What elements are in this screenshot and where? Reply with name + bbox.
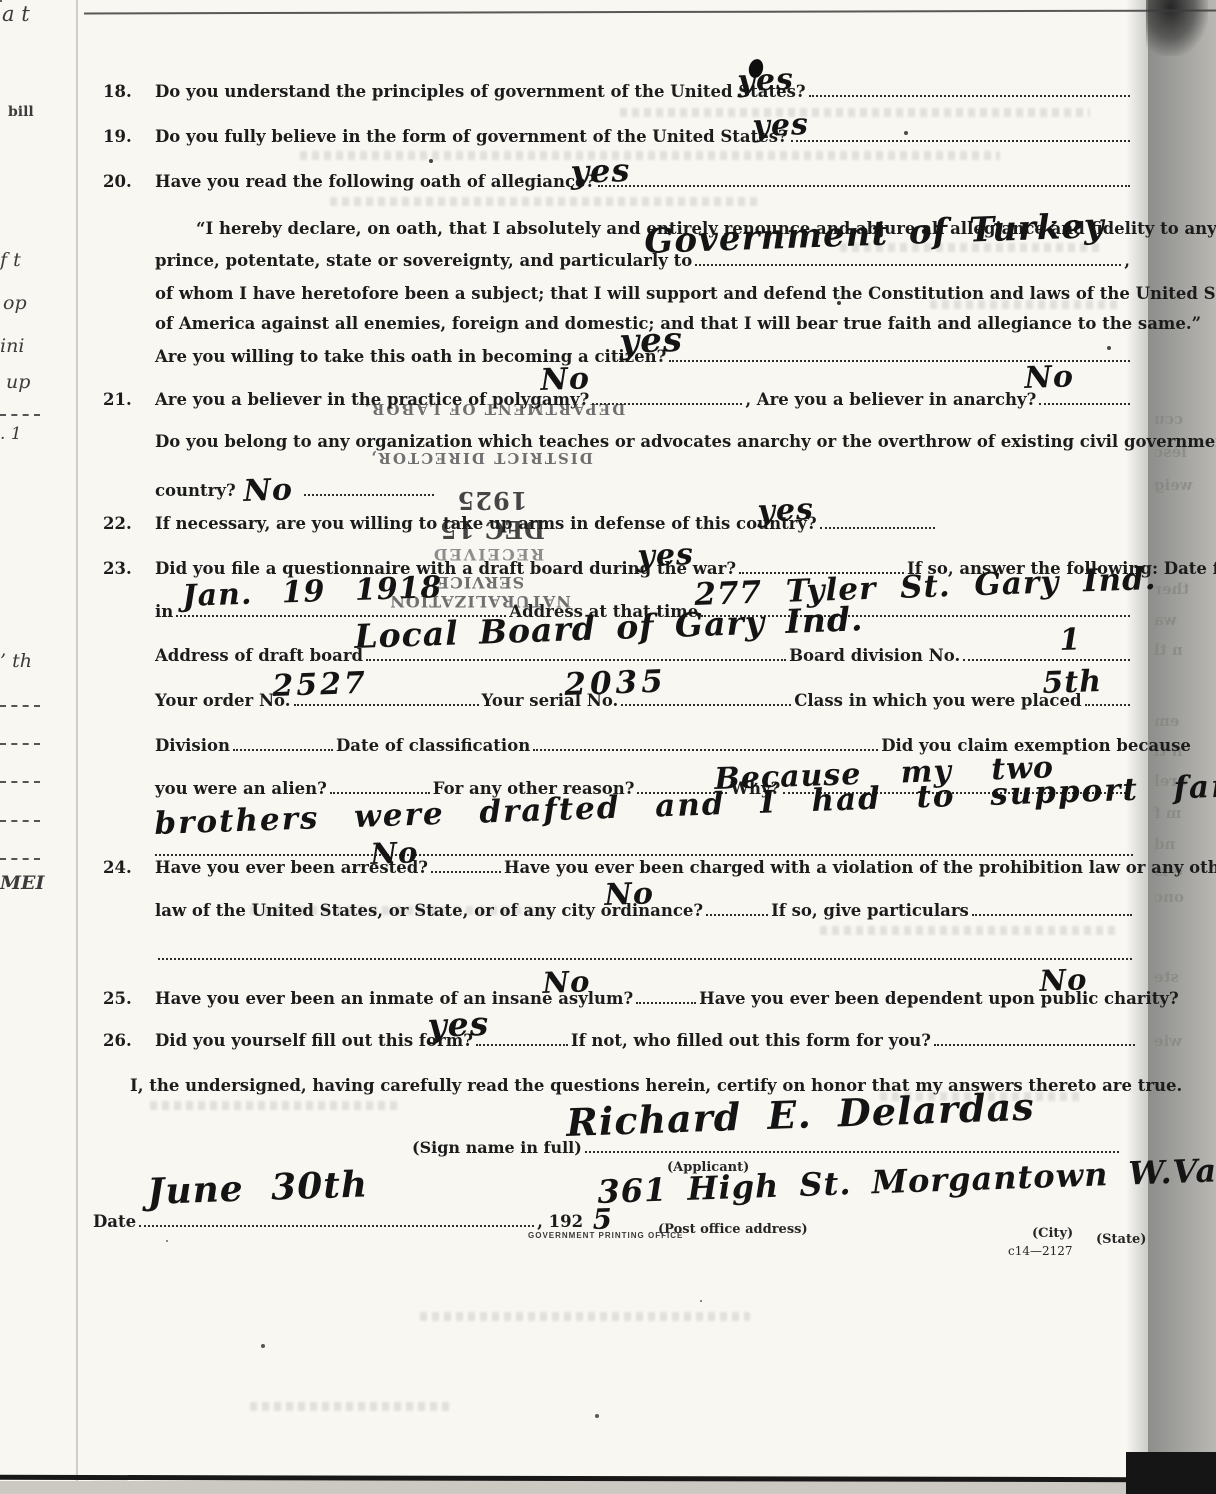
oath-question-row: Are you willing to take this oath in bec… (155, 347, 1133, 366)
dotted-line (598, 172, 1130, 187)
dotted-line (233, 736, 333, 751)
question-number: 25. (103, 989, 155, 1008)
left-margin-fragment: op (3, 292, 27, 314)
city-label: (City) (1032, 1226, 1073, 1241)
handwritten-answer: No (1024, 362, 1074, 394)
question-24-particulars-line (155, 945, 1135, 960)
left-margin-fragment: up (6, 371, 30, 393)
left-margin-dash (0, 820, 40, 822)
question-label: Do you fully believe in the form of gove… (155, 127, 788, 146)
right-margin-fragment: n tl (1154, 641, 1183, 659)
bleed-through-ghost (330, 197, 760, 206)
question-label: Have you ever been charged with a violat… (504, 858, 1216, 877)
question-number: 19. (103, 127, 155, 146)
question-label: Do you understand the principles of gove… (155, 82, 806, 101)
left-margin-fragment: a t (2, 2, 30, 26)
dotted-line (706, 901, 768, 916)
left-margin-dash (0, 705, 40, 707)
dotted-line (304, 481, 434, 496)
top-fold-line (84, 10, 1216, 15)
bottom-right-corner-shadow (1126, 1452, 1216, 1494)
dotted-line (972, 901, 1132, 916)
dotted-line (809, 82, 1130, 97)
question-number: 23. (103, 559, 155, 578)
question-21-country-row: country? No (155, 472, 437, 502)
handwritten-answer: No (540, 364, 590, 396)
handwritten-date-filled: Jan. 19 1918 (182, 573, 443, 612)
question-number: 18. (103, 82, 155, 101)
question-23-order-row: Your order No. Your serial No. Class in … (155, 691, 1133, 710)
left-margin-dash (0, 781, 40, 783)
handwritten-answer: yes (737, 65, 794, 97)
date-row: Date , 192 5 June 30th 361 High St. Morg… (93, 1204, 1133, 1232)
handwritten-date: June 30th (147, 1166, 369, 1210)
bottom-edge-noise (0, 1481, 1216, 1494)
handwritten-answer: No (604, 879, 654, 911)
question-label: If so, give particulars (771, 901, 969, 920)
question-23-why-row: brothers were drafted and I had to suppo… (155, 809, 1133, 851)
right-margin-fragment: em (1154, 712, 1179, 730)
bleed-through-ghost (150, 1101, 400, 1110)
bleed-through-ghost (250, 1402, 450, 1411)
left-fold-line (76, 0, 78, 1494)
question-21-row: 21. Are you a believer in the practice o… (103, 390, 1133, 409)
dotted-line (934, 1031, 1135, 1046)
question-label: country? (155, 481, 236, 500)
handwritten-answer: No (243, 475, 293, 507)
scanned-naturalization-form-page: DEPARTMENT OF LABOR, DISTRICT DIRECTOR, … (0, 0, 1216, 1494)
right-margin-fragment: ccu (1154, 410, 1183, 428)
handwritten-answer: No (1039, 965, 1088, 996)
handwritten-answer: yes (427, 1007, 490, 1042)
question-label: Do you belong to any organization which … (155, 432, 1216, 451)
handwritten-answer: No (542, 967, 591, 998)
oath-line-2: prince, potentate, state or sovereignty,… (155, 251, 1130, 270)
question-label: Are you a believer in the practice of po… (155, 390, 589, 409)
question-25-row: 25. Have you ever been an inmate of an i… (103, 989, 1138, 1008)
question-label: If not, who filled out this form for you… (571, 1031, 931, 1050)
left-margin-fragment: . 1 (0, 424, 22, 444)
right-margin-fragment: ste (1154, 968, 1179, 986)
handwritten-serial-no: 2035 (564, 666, 667, 701)
question-label: If necessary, are you willing to take up… (155, 514, 817, 533)
bleed-through-ghost (820, 926, 1120, 935)
signature-row: (Sign name in full) Richard E. Delardas … (412, 1138, 1122, 1157)
question-label: Have you read the following oath of alle… (155, 172, 595, 191)
question-label: Address of draft board (155, 646, 363, 665)
left-margin-dash (0, 414, 40, 416)
handwritten-signature: Richard E. Delardas (566, 1088, 1035, 1142)
handwritten-answer: yes (570, 154, 631, 188)
left-margin-dash (0, 858, 40, 860)
dotted-line (155, 841, 1133, 856)
right-margin-fragment: weig (1154, 476, 1193, 494)
oath-text: of whom I have heretofore been a subject… (155, 284, 1216, 303)
handwritten-answer: No (370, 838, 419, 869)
dotted-line (636, 989, 696, 1004)
question-label: Board division No. (789, 646, 960, 665)
left-margin-dash (0, 743, 40, 745)
question-number: 26. (103, 1031, 155, 1050)
question-label: , Are you a believer in anarchy? (745, 390, 1036, 409)
question-24-row: 24. Have you ever been arrested? Have yo… (103, 858, 1138, 877)
right-margin-fragment: wa (1154, 611, 1177, 629)
question-number: 22. (103, 514, 155, 533)
top-right-ink-blotch (1146, 0, 1208, 56)
question-label: Have you ever been dependent upon public… (699, 989, 1178, 1008)
question-22-row: 22. If necessary, are you willing to tak… (103, 514, 1133, 533)
bleed-through-ghost (620, 108, 1090, 117)
dotted-line (791, 127, 1130, 142)
left-margin-fragment: ini (0, 335, 24, 357)
question-label: you were an alien? (155, 779, 327, 798)
right-margin-fragment: onc (1154, 888, 1184, 906)
handwritten-answer: yes (752, 110, 809, 142)
dotted-line (139, 1212, 534, 1227)
question-20-row: 20. Have you read the following oath of … (103, 172, 1133, 191)
question-label: Are you willing to take this oath in bec… (155, 347, 666, 366)
sign-name-label: (Sign name in full) (412, 1138, 582, 1157)
question-number: 20. (103, 172, 155, 191)
right-margin-fragment: ther (1154, 580, 1189, 598)
dotted-line (592, 390, 742, 405)
year-printed: , 192 (537, 1212, 583, 1231)
dotted-line (820, 514, 935, 529)
left-margin-fragment: MEI (0, 872, 44, 894)
question-label: Did you yourself fill out this form? (155, 1031, 473, 1050)
question-label: Your order No. (155, 691, 291, 710)
stamp-district-director: DISTRICT DIRECTOR, (362, 449, 600, 467)
question-label: in (155, 602, 173, 621)
oath-text: , (1124, 251, 1130, 270)
question-23-board-row: Address of draft board Board division No… (155, 646, 1133, 665)
left-margin-fragment: f t (0, 249, 21, 271)
dotted-line (330, 779, 430, 794)
question-26-row: 26. Did you yourself fill out this form?… (103, 1031, 1138, 1050)
right-margin-fragment: wie (1154, 1032, 1182, 1050)
state-label: (State) (1096, 1232, 1146, 1247)
question-number: 21. (103, 390, 155, 409)
left-margin-fragment: bill (8, 104, 34, 120)
dotted-line (431, 858, 501, 873)
oath-line-3: of whom I have heretofore been a subject… (155, 284, 1216, 303)
right-margin-fragment: nd (1154, 835, 1175, 853)
question-18-row: 18. Do you understand the principles of … (103, 82, 1133, 101)
handwritten-class: 5th (1042, 667, 1103, 699)
handwritten-answer: yes (619, 323, 684, 359)
bleed-through-ghost (300, 151, 1000, 160)
dotted-line (963, 646, 1130, 661)
question-label: Class in which you were placed (794, 691, 1081, 710)
question-21-org-row: Do you belong to any organization which … (155, 432, 1216, 451)
handwritten-order-no: 2527 (272, 669, 368, 702)
handwritten-answer: yes (637, 540, 694, 572)
dotted-line (158, 945, 1132, 960)
bleed-through-ghost (420, 1312, 750, 1321)
question-number: 24. (103, 858, 155, 877)
gpo-imprint: GOVERNMENT PRINTING OFFICE (528, 1231, 683, 1240)
handwritten-board-division: 1 (1059, 625, 1082, 656)
date-label: Date (93, 1212, 136, 1231)
question-label: Date of classification (336, 736, 530, 755)
question-19-row: 19. Do you fully believe in the form of … (103, 127, 1133, 146)
handwritten-answer: yes (757, 495, 814, 527)
question-label: Division (155, 736, 230, 755)
dotted-line (533, 736, 878, 751)
question-24-law-row: law of the United States, or State, or o… (155, 901, 1135, 920)
form-code: c14—2127 (1008, 1244, 1073, 1258)
left-margin-fragment: ’ th (0, 650, 32, 672)
oath-text: prince, potentate, state or sovereignty,… (155, 251, 692, 270)
